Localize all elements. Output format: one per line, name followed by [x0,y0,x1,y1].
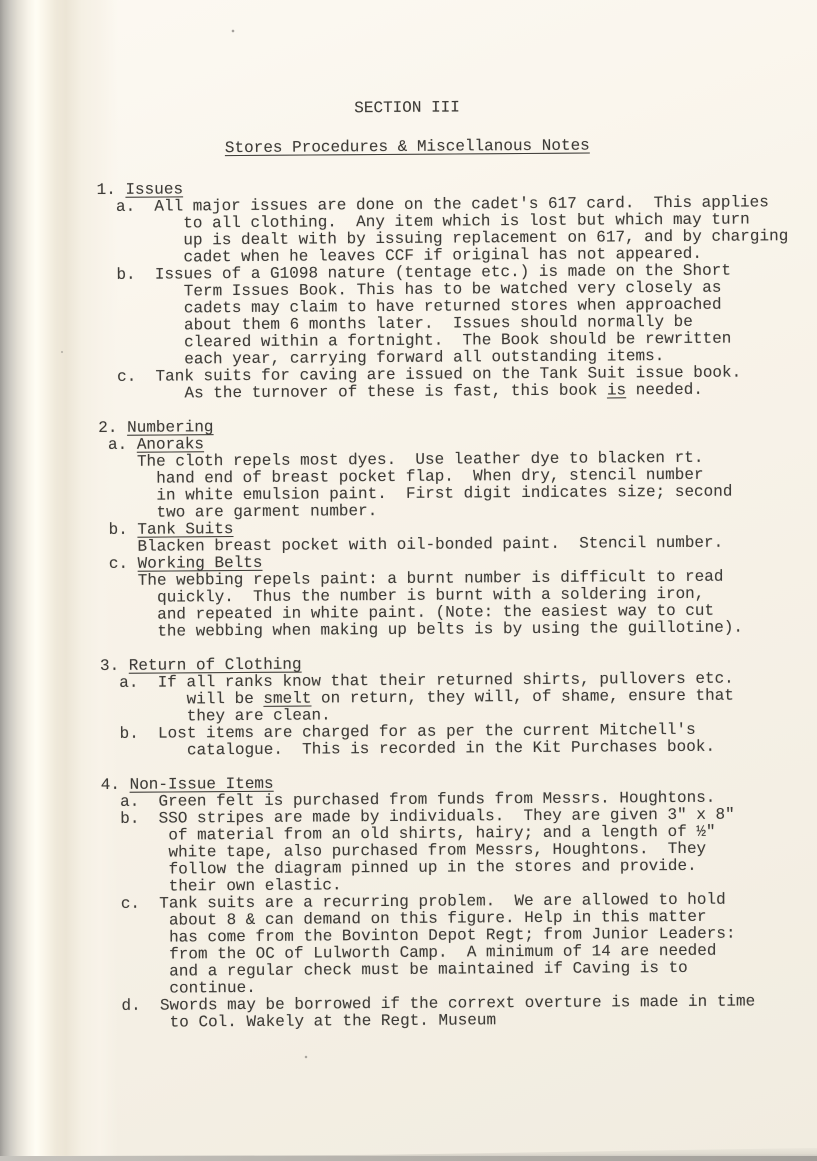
list-item: b. SSO stripes are made by individuals. … [101,806,817,896]
underlined-text: Working Belts [138,554,263,573]
section-heading: SECTION III [96,98,718,119]
text-segment: b. [99,521,138,539]
page-bottom-edge-line [0,1156,817,1161]
text-segment: As the turnover of these is fast, this b… [98,381,607,403]
list-item: b. Tank Suits Blacken breast pocket with… [99,517,815,556]
list-item: a. All major issues are done on the cade… [97,194,813,267]
text-segment: needed. [626,381,703,400]
heading-block: SECTION III Stores Procedures & Miscella… [96,98,718,158]
text-segment: the webbing when making up belts is by u… [100,618,743,640]
text-segment: to Col. Wakely at the Regt. Museum [102,1011,496,1032]
section-number: 1. [97,181,126,199]
text-segment: catalogue. This is recorded in the Kit P… [100,738,715,760]
typewritten-content: SECTION III Stores Procedures & Miscella… [96,97,817,1032]
section-number: 2. [98,419,127,437]
section-title: Issues [125,180,183,198]
list-item: b. Lost items are charged for as per the… [100,721,816,760]
list-item: c. Tank suits are a recurring problem. W… [102,891,817,998]
section-number: 3. [100,657,129,675]
section-title: Numbering [127,418,214,437]
text-segment: a. [98,436,137,454]
scanned-document-page: SECTION III Stores Procedures & Miscella… [0,0,817,1161]
sections: 1. Issues a. All major issues are done o… [97,177,817,1032]
document-title: Stores Procedures & Miscellanous Notes [96,137,718,158]
section-3: 3. Return of Clothing a. If all ranks kn… [100,653,817,760]
text-line: the webbing when making up belts is by u… [100,619,816,641]
text-segment: on return, they will, of shame, ensure t… [311,687,734,708]
underlined-text: is [607,381,626,399]
text-segment: c. [99,555,138,573]
section-number: 4. [101,776,130,794]
list-item: a. If all ranks know that their returned… [100,670,816,726]
list-item: c. Working Belts The webbing repels pain… [99,551,816,641]
section-2: 2. Numbering a. Anoraks The cloth repels… [98,415,816,641]
section-4: 4. Non-Issue Items a. Green felt is purc… [101,772,817,1032]
document-title-text: Stores Procedures & Miscellanous Notes [225,137,590,158]
underlined-text: smelt [263,690,311,708]
section-1: 1. Issues a. All major issues are done o… [97,177,815,403]
text-line: to Col. Wakely at the Regt. Museum [102,1010,817,1032]
list-item: c. Tank suits for caving are issued on t… [98,364,814,403]
underlined-text: Tank Suits [137,520,233,539]
text-line: catalogue. This is recorded in the Kit P… [100,738,816,760]
text-line: As the turnover of these is fast, this b… [98,381,814,403]
text-segment: two are garment number. [99,502,378,522]
list-item: b. Issues of a G1098 nature (tentage etc… [97,262,814,369]
list-item: a. Anoraks The cloth repels most dyes. U… [98,432,815,522]
underlined-text: Anoraks [137,435,204,453]
page-bottom-edge [0,1145,817,1161]
list-item: d. Swords may be borrowed if the corrext… [102,993,817,1032]
